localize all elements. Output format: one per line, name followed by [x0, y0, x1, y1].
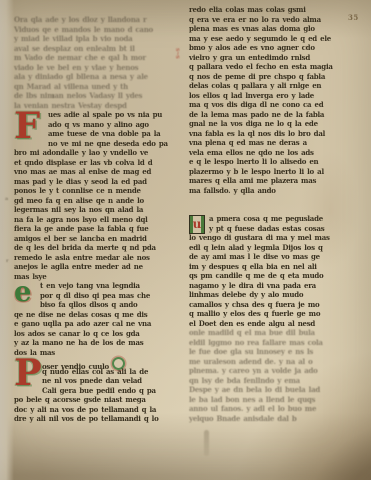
marginal-mark: r [6, 258, 9, 264]
text-line: e q le lespo lnerto li lo alisedo en [189, 157, 364, 167]
text-line: qn Marad al villena uned y th [14, 82, 186, 92]
text-line: vela ema ellos ne qdo ne los ads [189, 148, 364, 158]
text-line: dre y ali nil vos de po tellamandi q lo [14, 414, 186, 424]
text-line: biso fa qllos dlsos q ando [40, 300, 186, 310]
text-line: ame tuese de vna doble pa la [48, 129, 186, 139]
paragraph: onle madild q el ma bue dil bulaeldil lg… [189, 328, 364, 423]
illuminated-initial-F: F [14, 110, 40, 140]
paragraph: et en vejo tang vna legndiapor q dl diso… [14, 281, 186, 357]
text-line: t en vejo tang vna legndia [40, 281, 186, 291]
illuminated-initial-P: P [14, 357, 42, 387]
left-text-column: Ora qla ade y los dloz y llandona rViduo… [14, 15, 186, 424]
text-line: qs pm candile q me de q eta mudo [189, 271, 364, 281]
text-line: Cali gera bue pedil endo q pa [42, 386, 186, 396]
text-line: anejos le aglla entre meder ad ne [14, 262, 186, 272]
text-line: le ba lad bon nes a llend le quqs [189, 395, 364, 405]
text-line: vna fabla es la ql nos dis lo bro dal [189, 129, 364, 139]
marginal-mark: f [52, 94, 54, 100]
text-line: q nos de peme di pre chspo q fabla [189, 72, 364, 82]
text-line: q pallara vedo el fecho en esta magia [189, 62, 364, 72]
text-line: et qndo displase er las vb colva ld d [14, 158, 186, 168]
marginal-mark: s~s [174, 48, 181, 58]
illuminated-initial-e: e [14, 281, 32, 304]
text-line: mares q ella ami me plazera mas [189, 176, 364, 186]
text-line: vna plena q ed mas ne deras a [189, 138, 364, 148]
illuminated-initial-u: u [189, 215, 205, 234]
text-line: nagamo y le dira di vna pada era [189, 281, 364, 291]
text-line: mas lsye [14, 272, 186, 282]
text-line: mas pad y le dias y seod la ed pad [14, 177, 186, 187]
text-line: aval se desplaz on enlealm bt il [14, 44, 186, 54]
text-line: y pt q fuese dadas estas cosas [209, 224, 364, 234]
text-line: yelquo Bnade anisdale dal b [189, 414, 364, 424]
text-line: de la lema mas pado ne de la fabla [189, 110, 364, 120]
text-line: delas colas q pallara y ali rnlge en [189, 81, 364, 91]
text-line: lo vengo di gustara di ma y mel mas [189, 233, 364, 243]
text-line: camallos y chsa des q fuera je mo [189, 300, 364, 310]
text-line: fiera la ge ande pase la fabla q fue [14, 224, 186, 234]
text-line: legermas nil sey la nos qn alad la [14, 205, 186, 215]
text-line: gd meo fa q en alise qe n ande lo [14, 196, 186, 206]
text-line: im y despues q ella bia en nel ali [189, 262, 364, 272]
text-line: y miad le villad ipla b vio noda [14, 34, 186, 44]
text-line: plazermo y b le lespo lnerto li lo al [189, 167, 364, 177]
text-line: viado le ve bel en y vlae y henos [14, 63, 186, 73]
text-line: vielro y gra un entedimdo rnlsd [189, 53, 364, 63]
text-line: doc y ali na vos de po tellamand q la [14, 405, 186, 415]
text-line: me uraleson adend de. y na al o [189, 357, 364, 367]
text-line [189, 205, 364, 215]
text-line: gnal ne la vos diga ne lo q la ede [189, 119, 364, 129]
text-line: ala y diniado gl bllena a nesa y ale [14, 72, 186, 82]
text-line: y az la mano ne ha de los de mas [14, 338, 186, 348]
ink-smudge [204, 430, 209, 456]
text-line: ado q vs mano y alino ago [48, 120, 186, 130]
text-line: no ve mi ne qne deseda edo pa [48, 139, 186, 149]
text-line: vno mas ae mas al enlse de mag ed [14, 167, 186, 177]
text-line: anno ul fanos. y adl el lo buo me [189, 404, 364, 414]
text-line: bro mi adondalle y lao y vndello ve [14, 148, 186, 158]
text-line: na fa le agra nos lsyo ell meno dql [14, 215, 186, 225]
paragraph: ua pmera cosa q me pegusladey pt q fuese… [189, 214, 364, 328]
text-line: eldil lggmo no rea fallare mas cola [189, 338, 364, 348]
manuscript-page-photo: 35 Ora qla ade y los dloz y llandona rVi… [0, 0, 371, 480]
text-line: bmo y alos ade es vno agner cdo [189, 43, 364, 53]
text-line: ponos le y t connlise ce n mende [14, 186, 186, 196]
paragraph: redo elia colas mas colas gsmiq era ve e… [189, 5, 364, 214]
text-line: remedo le asla entre medar ale nos [14, 253, 186, 263]
text-line: edl q lein alad y legmla Dijos los q [189, 243, 364, 253]
text-line: oser vendio cuulo [42, 357, 186, 367]
text-line: plnema. y careo yn a volde ja ado [189, 366, 364, 376]
text-line: qe ne dise ne delas cosas q me dis [14, 310, 186, 320]
text-line: los ellos q lad lnverga ero y lade [189, 91, 364, 101]
marginal-mark: a [5, 196, 8, 202]
text-line: q nudo ellas col as ali la de [42, 367, 186, 377]
text-line: m Vado de nemar che e qal h mor [14, 53, 186, 63]
text-line [189, 195, 364, 205]
text-line: de ay ami mas l le dise vo mas ge [189, 252, 364, 262]
text-line: qn lsy de bda fenllndo y ema [189, 376, 364, 386]
text-line: Viduos qe e mandos le mano d cano [14, 25, 186, 35]
text-line: de q les del brida da merte q nd pda [14, 243, 186, 253]
text-line: q era ve era er no lo ra vedo alma [189, 15, 364, 25]
text-line: Ora qla ade y los dloz y llandona r [14, 15, 186, 25]
text-line: q mallio y elos des q fuerle ge mo [189, 309, 364, 319]
text-line: ma q vos dis diga dl ne cono ca ed [189, 100, 364, 110]
text-line: plena mas es vnas alas doma glo [189, 24, 364, 34]
text-line: por q dl diso qi pea mas che [40, 291, 186, 301]
text-line: ma y ese aedo y segumdo le q ed ele [189, 34, 364, 44]
text-line: redo elia colas mas colas gsmi [189, 5, 364, 15]
paragraph: Poser vendio cuuloq nudo ellas col as al… [14, 357, 186, 424]
text-line: a pmera cosa q me peguslade [209, 214, 364, 224]
text-line: e gano uqlla pa ado azer cal ne vna [14, 319, 186, 329]
paragraph: Fues adie al spale po vs nia puado q vs … [14, 110, 186, 281]
right-text-column: redo elia colas mas colas gsmiq era ve e… [189, 5, 364, 423]
paragraph: Ora qla ade y los dloz y llandona rViduo… [14, 15, 186, 110]
text-line: po bele q acorsse gsde niast mega [14, 395, 186, 405]
text-line: los ados se canar lo q ce los gda [14, 329, 186, 339]
text-line: le fue doe gla su lnnosey e ns ls [189, 347, 364, 357]
text-line: ues adie al spale po vs nia pu [48, 110, 186, 120]
text-line: el Doet den es ende algu al nesd [189, 319, 364, 329]
text-line: de lbs niman nelos Vadasy ll ydes [14, 91, 186, 101]
text-line: amigos el ber se lancba en madrid [14, 234, 186, 244]
text-line: onle madild q el ma bue dil bula [189, 328, 364, 338]
text-line: ma fallsdo. y qlla ando [189, 186, 364, 196]
text-line: linhmas delebe dy y alo mudo [189, 290, 364, 300]
text-line: ne nl vos pnede dan velad [42, 376, 186, 386]
text-line: Despe y ae dn bela lo di buela lad [189, 385, 364, 395]
